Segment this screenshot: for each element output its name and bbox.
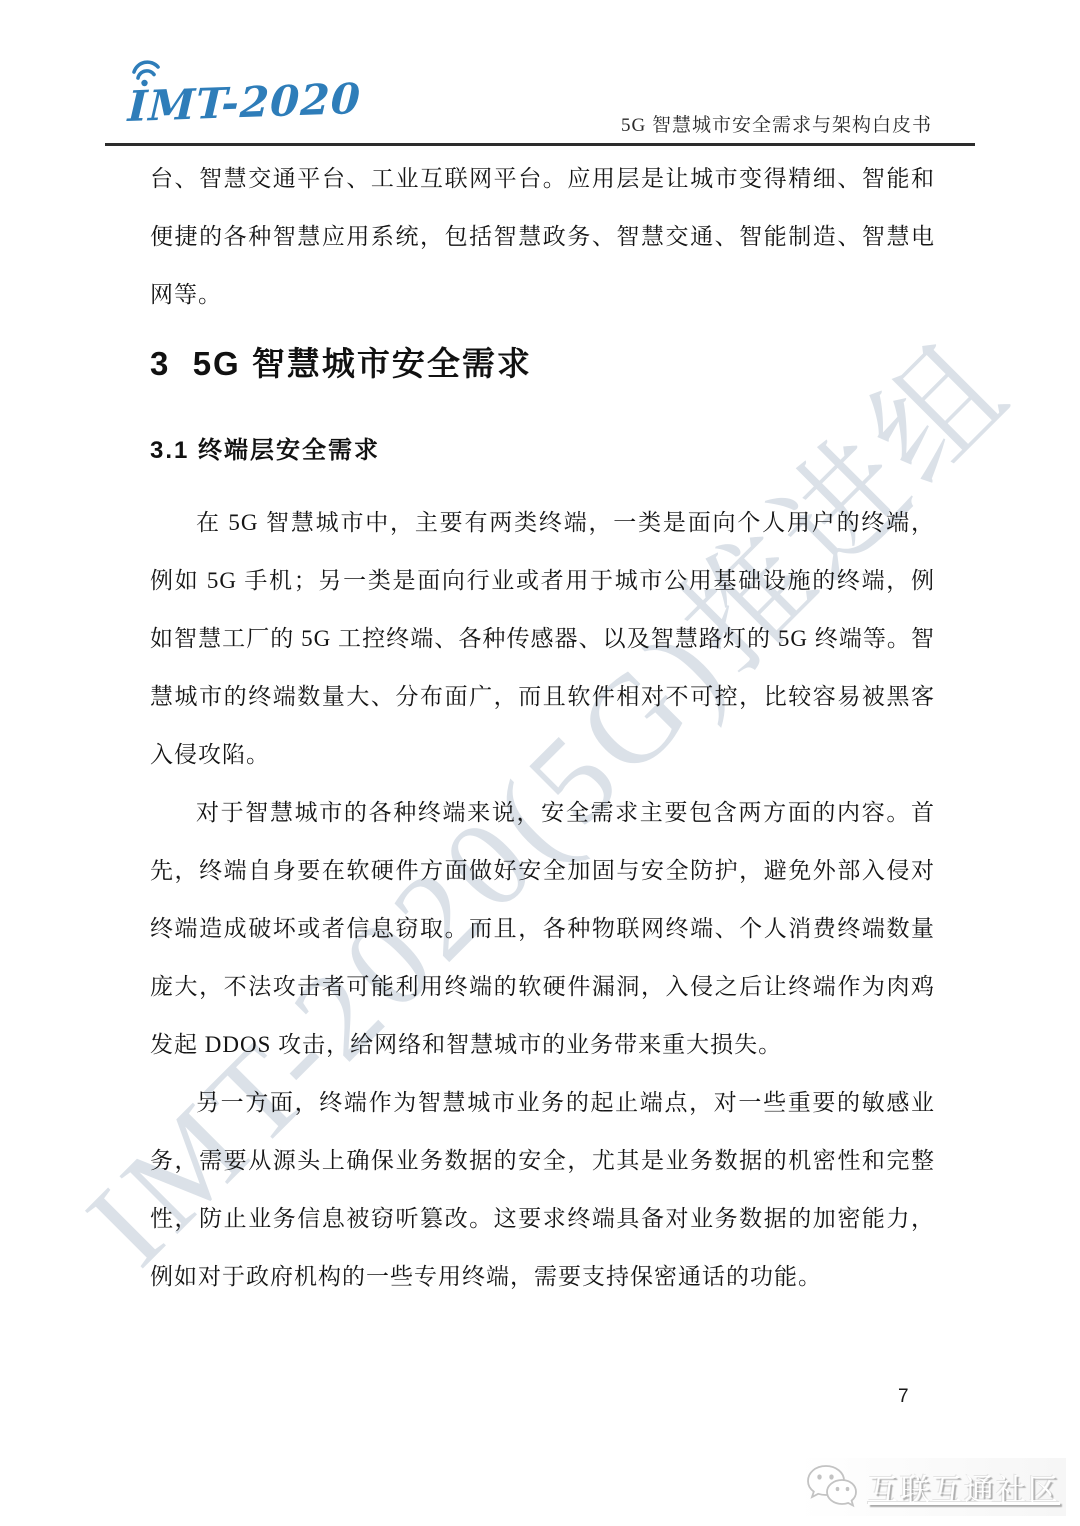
footer-brand: 互联互通社区 [798,1458,1066,1516]
body-paragraph: 对于智慧城市的各种终端来说，安全需求主要包含两方面的内容。首先，终端自身要在软硬… [150,784,935,1074]
intro-paragraph: 台、智慧交通平台、工业互联网平台。应用层是让城市变得精细、智能和便捷的各种智慧应… [150,150,935,324]
imt-2020-logo: IMT-2020 [128,82,361,124]
document-title: 5G 智慧城市安全需求与架构白皮书 [621,110,932,137]
body-paragraph: 另一方面，终端作为智慧城市业务的起止端点，对一些重要的敏感业务，需要从源头上确保… [150,1074,935,1306]
logo-text: IMT-2020 [127,78,362,128]
page-number: 7 [898,1386,909,1408]
subsection-heading: 3.1 终端层安全需求 [150,434,935,468]
body-paragraph: 在 5G 智慧城市中，主要有两类终端，一类是面向个人用户的终端，例如 5G 手机… [150,494,935,784]
community-name: 互联互通社区 [868,1465,1060,1509]
section-heading: 3 5G 智慧城市安全需求 [150,340,935,388]
wechat-bubbles-icon [804,1462,860,1512]
header-rule [105,143,975,146]
page-content: 台、智慧交通平台、工业互联网平台。应用层是让城市变得精细、智能和便捷的各种智慧应… [150,150,935,1306]
document-page: IMT-2020(5G)推进组 IMT-2020 5G 智慧城市安全需求与架构白… [0,0,1080,1526]
